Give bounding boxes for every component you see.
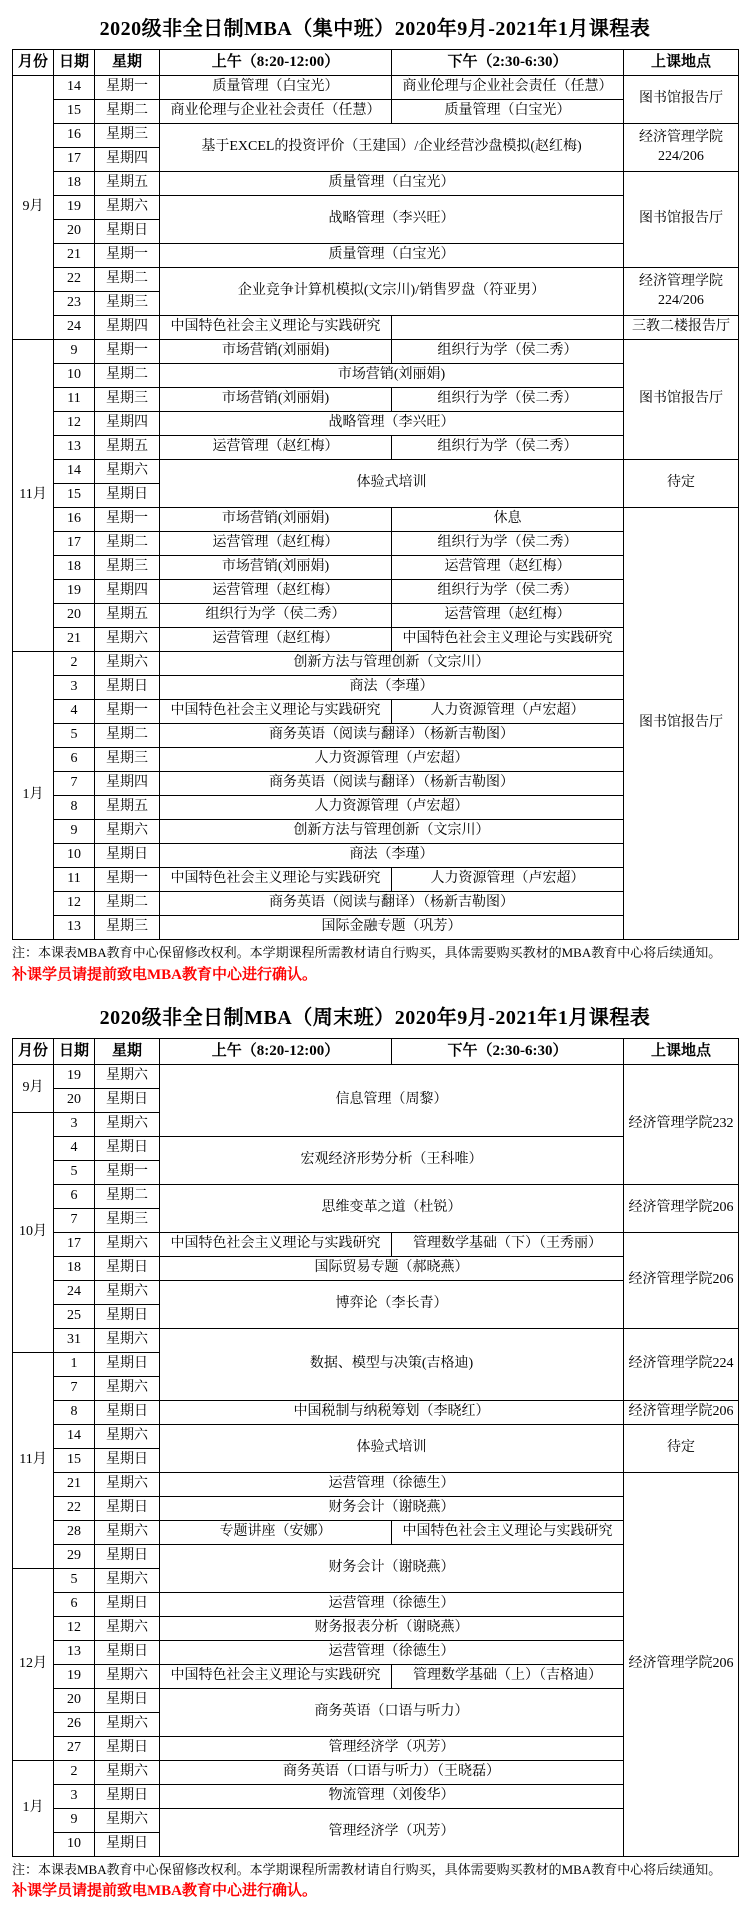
month-cell: 10月: [13, 1112, 54, 1352]
course-cell: 人力资源管理（卢宏超）: [392, 868, 624, 892]
weekday-cell: 星期六: [95, 1808, 160, 1832]
weekday-cell: 星期六: [95, 1232, 160, 1256]
weekday-cell: 星期三: [95, 124, 160, 148]
date-cell: 18: [54, 172, 95, 196]
weekday-cell: 星期日: [95, 1400, 160, 1424]
course-cell: 组织行为学（侯二秀）: [392, 532, 624, 556]
weekday-cell: 星期二: [95, 1184, 160, 1208]
table-title-intensive: 2020级非全日制MBA（集中班）2020年9月-2021年1月课程表: [12, 12, 738, 41]
course-cell: 质量管理（白宝光）: [392, 100, 624, 124]
date-cell: 14: [54, 76, 95, 100]
location-cell: 待定: [624, 460, 739, 508]
month-cell: 1月: [13, 652, 54, 940]
course-cell: 管理数学基础（下）（王秀丽）: [392, 1232, 624, 1256]
table-body: 9月14星期一质量管理（白宝光）商业伦理与企业社会责任（任慧）图书馆报告厅15星…: [13, 76, 739, 940]
weekday-cell: 星期一: [95, 700, 160, 724]
weekday-cell: 星期五: [95, 796, 160, 820]
course-cell: 商务英语（口语与听力）: [160, 1688, 624, 1736]
table-row: 9月19星期六信息管理（周黎）经济管理学院232: [13, 1064, 739, 1088]
weekday-cell: 星期日: [95, 1640, 160, 1664]
date-cell: 1: [54, 1352, 95, 1376]
date-cell: 19: [54, 1664, 95, 1688]
location-cell: 图书馆报告厅: [624, 508, 739, 940]
date-cell: 17: [54, 532, 95, 556]
weekday-cell: 星期六: [95, 1424, 160, 1448]
weekday-cell: 星期日: [95, 1304, 160, 1328]
weekday-cell: 星期一: [95, 508, 160, 532]
date-cell: 8: [54, 1400, 95, 1424]
date-cell: 29: [54, 1544, 95, 1568]
date-cell: 9: [54, 1808, 95, 1832]
weekday-cell: 星期六: [95, 1064, 160, 1088]
date-cell: 22: [54, 1496, 95, 1520]
course-cell: 基于EXCEL的投资评价（王建国）/企业经营沙盘模拟(赵红梅): [160, 124, 624, 172]
date-cell: 2: [54, 1760, 95, 1784]
date-cell: 2: [54, 652, 95, 676]
date-cell: 18: [54, 1256, 95, 1280]
course-cell: 质量管理（白宝光）: [160, 76, 392, 100]
course-cell: 中国特色社会主义理论与实践研究: [160, 316, 392, 340]
course-cell: 运营管理（赵红梅）: [160, 628, 392, 652]
month-cell: 1月: [13, 1760, 54, 1856]
weekday-cell: 星期六: [95, 1616, 160, 1640]
course-cell: 市场营销(刘丽娟): [160, 340, 392, 364]
weekday-cell: 星期四: [95, 412, 160, 436]
weekday-cell: 星期一: [95, 1160, 160, 1184]
course-cell: 商业伦理与企业社会责任（任慧）: [392, 76, 624, 100]
weekday-cell: 星期六: [95, 1328, 160, 1352]
weekday-cell: 星期二: [95, 100, 160, 124]
weekday-cell: 星期日: [95, 1136, 160, 1160]
weekday-cell: 星期六: [95, 1520, 160, 1544]
weekday-cell: 星期四: [95, 772, 160, 796]
weekday-cell: 星期日: [95, 1256, 160, 1280]
month-cell: 12月: [13, 1568, 54, 1760]
weekday-cell: 星期六: [95, 1280, 160, 1304]
location-cell: 三教二楼报告厅: [624, 316, 739, 340]
date-cell: 19: [54, 580, 95, 604]
weekday-cell: 星期日: [95, 844, 160, 868]
date-cell: 7: [54, 1208, 95, 1232]
course-cell: 商务英语（阅读与翻译）（杨新吉勒图）: [160, 772, 624, 796]
date-cell: 12: [54, 1616, 95, 1640]
weekday-cell: 星期五: [95, 604, 160, 628]
date-cell: 11: [54, 868, 95, 892]
course-cell: 数据、模型与决策(吉格迪): [160, 1328, 624, 1400]
column-header: 月份: [13, 50, 54, 76]
weekday-cell: 星期日: [95, 1832, 160, 1856]
course-cell: 质量管理（白宝光）: [160, 172, 624, 196]
date-cell: 20: [54, 220, 95, 244]
weekday-cell: 星期三: [95, 292, 160, 316]
course-cell: 商务英语（阅读与翻译）（杨新吉勒图）: [160, 892, 624, 916]
date-cell: 24: [54, 1280, 95, 1304]
weekday-cell: 星期六: [95, 628, 160, 652]
note-copyright: 注：本课表MBA教育中心保留修改权利。本学期课程所需教材请自行购买，具体需要购买…: [12, 944, 738, 962]
course-cell: 组织行为学（侯二秀）: [392, 436, 624, 460]
course-cell: 国际金融专题（巩芳）: [160, 916, 624, 940]
weekday-cell: 星期二: [95, 364, 160, 388]
weekday-cell: 星期六: [95, 820, 160, 844]
date-cell: 9: [54, 340, 95, 364]
weekday-cell: 星期日: [95, 1448, 160, 1472]
location-cell: 经济管理学院224: [624, 1328, 739, 1400]
location-cell: 图书馆报告厅: [624, 76, 739, 124]
date-cell: 10: [54, 364, 95, 388]
date-cell: 20: [54, 604, 95, 628]
course-cell: 博弈论（李长青）: [160, 1280, 624, 1328]
weekday-cell: 星期六: [95, 1568, 160, 1592]
date-cell: 10: [54, 1832, 95, 1856]
course-cell: 运营管理（徐德生）: [160, 1640, 624, 1664]
course-cell: 企业竞争计算机模拟(文宗川)/销售罗盘（符亚男）: [160, 268, 624, 316]
date-cell: 21: [54, 244, 95, 268]
date-cell: 5: [54, 1160, 95, 1184]
date-cell: 22: [54, 268, 95, 292]
date-cell: 9: [54, 820, 95, 844]
weekday-cell: 星期六: [95, 652, 160, 676]
weekday-cell: 星期一: [95, 868, 160, 892]
date-cell: 31: [54, 1328, 95, 1352]
column-header: 上午（8:20-12:00）: [160, 50, 392, 76]
course-cell: 商法（李瑾）: [160, 844, 624, 868]
location-cell: 图书馆报告厅: [624, 172, 739, 268]
course-cell: 战略管理（李兴旺）: [160, 196, 624, 244]
course-cell: 运营管理（赵红梅）: [160, 580, 392, 604]
course-cell: 运营管理（徐德生）: [160, 1592, 624, 1616]
course-schedule-table-weekend: 月份日期星期上午（8:20-12:00）下午（2:30-6:30）上课地点 9月…: [12, 1038, 739, 1857]
course-schedule-table-intensive: 月份日期星期上午（8:20-12:00）下午（2:30-6:30）上课地点 9月…: [12, 49, 739, 940]
date-cell: 20: [54, 1688, 95, 1712]
course-cell: 中国特色社会主义理论与实践研究: [160, 868, 392, 892]
location-cell: 经济管理学院232: [624, 1064, 739, 1184]
course-cell: 财务会计（谢晓燕）: [160, 1544, 624, 1592]
location-cell: 图书馆报告厅: [624, 340, 739, 460]
course-cell: 商务英语（口语与听力）（王晓磊）: [160, 1760, 624, 1784]
column-header: 下午（2:30-6:30）: [392, 1038, 624, 1064]
date-cell: 5: [54, 724, 95, 748]
course-cell: 人力资源管理（卢宏超）: [160, 748, 624, 772]
course-cell: 商务英语（阅读与翻译）（杨新吉勒图）: [160, 724, 624, 748]
course-cell: 中国特色社会主义理论与实践研究: [160, 700, 392, 724]
date-cell: 8: [54, 796, 95, 820]
column-header: 星期: [95, 50, 160, 76]
header-row: 月份日期星期上午（8:20-12:00）下午（2:30-6:30）上课地点: [13, 1038, 739, 1064]
table-row: 16星期三基于EXCEL的投资评价（王建国）/企业经营沙盘模拟(赵红梅)经济管理…: [13, 124, 739, 148]
table-row: 17星期六中国特色社会主义理论与实践研究管理数学基础（下）（王秀丽）经济管理学院…: [13, 1232, 739, 1256]
weekday-cell: 星期六: [95, 196, 160, 220]
date-cell: 15: [54, 100, 95, 124]
date-cell: 21: [54, 1472, 95, 1496]
weekday-cell: 星期日: [95, 1544, 160, 1568]
month-cell: 9月: [13, 1064, 54, 1112]
course-cell: 运营管理（赵红梅）: [160, 436, 392, 460]
column-header: 上午（8:20-12:00）: [160, 1038, 392, 1064]
location-cell: 待定: [624, 1424, 739, 1472]
date-cell: 20: [54, 1088, 95, 1112]
date-cell: 28: [54, 1520, 95, 1544]
weekday-cell: 星期一: [95, 340, 160, 364]
course-cell: 战略管理（李兴旺）: [160, 412, 624, 436]
date-cell: 7: [54, 1376, 95, 1400]
note-makeup-warning: 补课学员请提前致电MBA教育中心进行确认。: [12, 965, 738, 985]
weekday-cell: 星期日: [95, 1736, 160, 1760]
date-cell: 12: [54, 412, 95, 436]
course-cell: 人力资源管理（卢宏超）: [160, 796, 624, 820]
course-cell: 宏观经济形势分析（王科唯）: [160, 1136, 624, 1184]
course-cell: 管理数学基础（上）（吉格迪）: [392, 1664, 624, 1688]
weekday-cell: 星期六: [95, 1112, 160, 1136]
weekday-cell: 星期五: [95, 172, 160, 196]
course-cell: 创新方法与管理创新（文宗川）: [160, 652, 624, 676]
location-cell: 经济管理学院224/206: [624, 124, 739, 172]
course-cell: 组织行为学（侯二秀）: [392, 340, 624, 364]
course-cell: 信息管理（周黎）: [160, 1064, 624, 1136]
table-row: 31星期六数据、模型与决策(吉格迪)经济管理学院224: [13, 1328, 739, 1352]
weekday-cell: 星期日: [95, 1592, 160, 1616]
date-cell: 13: [54, 916, 95, 940]
course-cell: 专题讲座（安娜）: [160, 1520, 392, 1544]
date-cell: 16: [54, 508, 95, 532]
schedule-document: 2020级非全日制MBA（集中班）2020年9月-2021年1月课程表 月份日期…: [0, 0, 750, 1908]
weekday-cell: 星期五: [95, 436, 160, 460]
course-cell: 思维变革之道（杜锐）: [160, 1184, 624, 1232]
course-cell: 市场营销(刘丽娟): [160, 508, 392, 532]
table-row: 14星期六体验式培训待定: [13, 1424, 739, 1448]
date-cell: 17: [54, 1232, 95, 1256]
table-row: 21星期六运营管理（徐德生）经济管理学院206: [13, 1472, 739, 1496]
weekday-cell: 星期六: [95, 1712, 160, 1736]
date-cell: 6: [54, 748, 95, 772]
column-header: 上课地点: [624, 1038, 739, 1064]
weekday-cell: 星期日: [95, 1784, 160, 1808]
date-cell: 5: [54, 1568, 95, 1592]
weekday-cell: 星期三: [95, 388, 160, 412]
weekday-cell: 星期日: [95, 484, 160, 508]
date-cell: 4: [54, 1136, 95, 1160]
weekday-cell: 星期六: [95, 1376, 160, 1400]
weekday-cell: 星期六: [95, 460, 160, 484]
weekday-cell: 星期一: [95, 76, 160, 100]
table-row: 11月9星期一市场营销(刘丽娟)组织行为学（侯二秀）图书馆报告厅: [13, 340, 739, 364]
course-cell: 管理经济学（巩芳）: [160, 1736, 624, 1760]
course-cell: 体验式培训: [160, 1424, 624, 1472]
table-row: 16星期一市场营销(刘丽娟)休息图书馆报告厅: [13, 508, 739, 532]
course-cell: 体验式培训: [160, 460, 624, 508]
date-cell: 26: [54, 1712, 95, 1736]
table-row: 24星期四中国特色社会主义理论与实践研究三教二楼报告厅: [13, 316, 739, 340]
weekday-cell: 星期日: [95, 1352, 160, 1376]
date-cell: 11: [54, 388, 95, 412]
weekday-cell: 星期六: [95, 1472, 160, 1496]
month-cell: 9月: [13, 76, 54, 340]
weekday-cell: 星期二: [95, 724, 160, 748]
weekday-cell: 星期二: [95, 268, 160, 292]
weekday-cell: 星期四: [95, 148, 160, 172]
table-row: 9月14星期一质量管理（白宝光）商业伦理与企业社会责任（任慧）图书馆报告厅: [13, 76, 739, 100]
weekday-cell: 星期日: [95, 1688, 160, 1712]
date-cell: 15: [54, 484, 95, 508]
location-cell: 经济管理学院206: [624, 1232, 739, 1328]
date-cell: 15: [54, 1448, 95, 1472]
course-cell: 人力资源管理（卢宏超）: [392, 700, 624, 724]
course-cell: 运营管理（徐德生）: [160, 1472, 624, 1496]
weekday-cell: 星期日: [95, 676, 160, 700]
schedule-section-weekend: 2020级非全日制MBA（周末班）2020年9月-2021年1月课程表 月份日期…: [12, 1001, 738, 1902]
date-cell: 4: [54, 700, 95, 724]
date-cell: 24: [54, 316, 95, 340]
course-cell: 运营管理（赵红梅）: [392, 556, 624, 580]
weekday-cell: 星期六: [95, 1760, 160, 1784]
column-header: 上课地点: [624, 50, 739, 76]
column-header: 下午（2:30-6:30）: [392, 50, 624, 76]
date-cell: 6: [54, 1184, 95, 1208]
month-cell: 11月: [13, 340, 54, 652]
header-row: 月份日期星期上午（8:20-12:00）下午（2:30-6:30）上课地点: [13, 50, 739, 76]
date-cell: 13: [54, 1640, 95, 1664]
column-header: 月份: [13, 1038, 54, 1064]
weekday-cell: 星期四: [95, 316, 160, 340]
course-cell: 组织行为学（侯二秀）: [392, 580, 624, 604]
course-cell: 财务报表分析（谢晓燕）: [160, 1616, 624, 1640]
column-header: 星期: [95, 1038, 160, 1064]
date-cell: 13: [54, 436, 95, 460]
course-cell: 市场营销(刘丽娟): [160, 364, 624, 388]
column-header: 日期: [54, 50, 95, 76]
date-cell: 14: [54, 460, 95, 484]
date-cell: 3: [54, 1112, 95, 1136]
date-cell: 10: [54, 844, 95, 868]
weekday-cell: 星期日: [95, 220, 160, 244]
course-cell: [392, 316, 624, 340]
course-cell: 市场营销(刘丽娟): [160, 556, 392, 580]
date-cell: 19: [54, 196, 95, 220]
weekday-cell: 星期日: [95, 1088, 160, 1112]
course-cell: 物流管理（刘俊华）: [160, 1784, 624, 1808]
weekday-cell: 星期三: [95, 556, 160, 580]
table-header: 月份日期星期上午（8:20-12:00）下午（2:30-6:30）上课地点: [13, 50, 739, 76]
course-cell: 组织行为学（侯二秀）: [392, 388, 624, 412]
date-cell: 7: [54, 772, 95, 796]
date-cell: 19: [54, 1064, 95, 1088]
table-row: 14星期六体验式培训待定: [13, 460, 739, 484]
course-cell: 质量管理（白宝光）: [160, 244, 624, 268]
weekday-cell: 星期三: [95, 748, 160, 772]
note-copyright: 注：本课表MBA教育中心保留修改权利。本学期课程所需教材请自行购买，具体需要购买…: [12, 1861, 738, 1879]
table-row: 18星期五质量管理（白宝光）图书馆报告厅: [13, 172, 739, 196]
course-cell: 管理经济学（巩芳）: [160, 1808, 624, 1856]
course-cell: 财务会计（谢晓燕）: [160, 1496, 624, 1520]
course-cell: 中国特色社会主义理论与实践研究: [392, 1520, 624, 1544]
note-makeup-warning: 补课学员请提前致电MBA教育中心进行确认。: [12, 1881, 738, 1901]
month-cell: 11月: [13, 1352, 54, 1568]
course-cell: 商业伦理与企业社会责任（任慧）: [160, 100, 392, 124]
date-cell: 14: [54, 1424, 95, 1448]
location-cell: 经济管理学院206: [624, 1400, 739, 1424]
weekday-cell: 星期一: [95, 244, 160, 268]
table-row: 22星期二企业竞争计算机模拟(文宗川)/销售罗盘（符亚男）经济管理学院224/2…: [13, 268, 739, 292]
location-cell: 经济管理学院206: [624, 1472, 739, 1856]
course-cell: 中国特色社会主义理论与实践研究: [160, 1664, 392, 1688]
course-cell: 中国特色社会主义理论与实践研究: [392, 628, 624, 652]
date-cell: 6: [54, 1592, 95, 1616]
date-cell: 3: [54, 1784, 95, 1808]
date-cell: 18: [54, 556, 95, 580]
course-cell: 创新方法与管理创新（文宗川）: [160, 820, 624, 844]
course-cell: 组织行为学（侯二秀）: [160, 604, 392, 628]
table-header: 月份日期星期上午（8:20-12:00）下午（2:30-6:30）上课地点: [13, 1038, 739, 1064]
date-cell: 21: [54, 628, 95, 652]
table-body: 9月19星期六信息管理（周黎）经济管理学院23220星期日10月3星期六4星期日…: [13, 1064, 739, 1856]
date-cell: 25: [54, 1304, 95, 1328]
course-cell: 中国特色社会主义理论与实践研究: [160, 1232, 392, 1256]
weekday-cell: 星期四: [95, 580, 160, 604]
date-cell: 23: [54, 292, 95, 316]
date-cell: 17: [54, 148, 95, 172]
schedule-section-intensive: 2020级非全日制MBA（集中班）2020年9月-2021年1月课程表 月份日期…: [12, 12, 738, 985]
date-cell: 27: [54, 1736, 95, 1760]
weekday-cell: 星期三: [95, 1208, 160, 1232]
column-header: 日期: [54, 1038, 95, 1064]
location-cell: 经济管理学院224/206: [624, 268, 739, 316]
table-row: 6星期二思维变革之道（杜锐）经济管理学院206: [13, 1184, 739, 1208]
weekday-cell: 星期六: [95, 1664, 160, 1688]
weekday-cell: 星期三: [95, 916, 160, 940]
course-cell: 休息: [392, 508, 624, 532]
weekday-cell: 星期二: [95, 892, 160, 916]
course-cell: 运营管理（赵红梅）: [160, 532, 392, 556]
course-cell: 市场营销(刘丽娟): [160, 388, 392, 412]
course-cell: 运营管理（赵红梅）: [392, 604, 624, 628]
table-title-weekend: 2020级非全日制MBA（周末班）2020年9月-2021年1月课程表: [12, 1001, 738, 1030]
weekday-cell: 星期二: [95, 532, 160, 556]
table-row: 8星期日中国税制与纳税筹划（李晓红）经济管理学院206: [13, 1400, 739, 1424]
course-cell: 中国税制与纳税筹划（李晓红）: [160, 1400, 624, 1424]
weekday-cell: 星期日: [95, 1496, 160, 1520]
date-cell: 16: [54, 124, 95, 148]
date-cell: 12: [54, 892, 95, 916]
course-cell: 商法（李瑾）: [160, 676, 624, 700]
course-cell: 国际贸易专题（郝晓燕）: [160, 1256, 624, 1280]
location-cell: 经济管理学院206: [624, 1184, 739, 1232]
date-cell: 3: [54, 676, 95, 700]
